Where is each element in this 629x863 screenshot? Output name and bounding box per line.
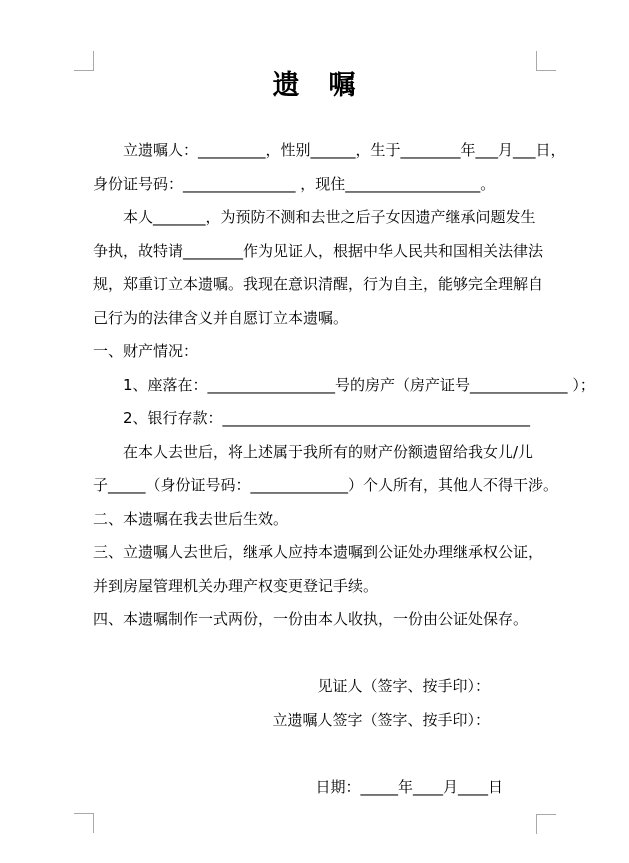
line-testator-info-2: 身份证号码：_______________ ，现住_______________… [93,168,536,202]
crop-mark-top-left [74,51,94,71]
line-section-1-heading: 一、财产情况： [93,335,536,369]
line-blank-2 [93,737,536,771]
line-section-3b: 并到房屋管理机关办理产权变更登记手续。 [93,570,536,604]
crop-mark-top-right [536,51,556,71]
line-section-3a: 三、立遗嘱人去世后，继承人应持本遗嘱到公证处办理继承权公证， [93,536,536,570]
line-preamble-2: 争执，故特请________作为见证人，根据中华人民共和国相关法律法 [93,235,536,269]
document-body: 立遗嘱人：_________，性别______，生于________年___月_… [93,134,536,804]
line-testator-signature: 立遗嘱人签字（签字、按手印）： [93,704,536,738]
line-property-house: 1、座落在：_________________号的房产（房产证号________… [93,369,536,403]
line-preamble-1: 本人_______，为预防不测和去世之后子女因遗产继承问题发生 [93,201,536,235]
line-bequest-2: 子_____（身份证号码：_____________）个人所有，其他人不得干涉。 [93,469,536,503]
crop-mark-bottom-left [74,813,94,833]
document-page: 遗 嘱 立遗嘱人：_________，性别______，生于________年_… [0,0,629,863]
line-witness-signature: 见证人（签字、按手印）： [93,670,536,704]
line-date: 日期：_____年____月____日 [93,771,536,805]
line-section-4: 四、本遗嘱制作一式两份，一份由本人收执，一份由公证处保存。 [93,603,536,637]
line-section-2: 二、本遗嘱在我去世后生效。 [93,503,536,537]
line-property-deposit: 2、银行存款：_________________________________… [93,402,536,436]
line-preamble-4: 己行为的法律含义并自愿订立本遗嘱。 [93,302,536,336]
line-testator-info-1: 立遗嘱人：_________，性别______，生于________年___月_… [93,134,536,168]
line-bequest-1: 在本人去世后，将上述属于我所有的财产份额遗留给我女儿/儿 [93,436,536,470]
crop-mark-bottom-right [536,814,556,834]
document-title: 遗 嘱 [93,68,536,104]
line-blank-1 [93,637,536,671]
line-preamble-3: 规，郑重订立本遗嘱。我现在意识清醒，行为自主，能够完全理解自 [93,268,536,302]
